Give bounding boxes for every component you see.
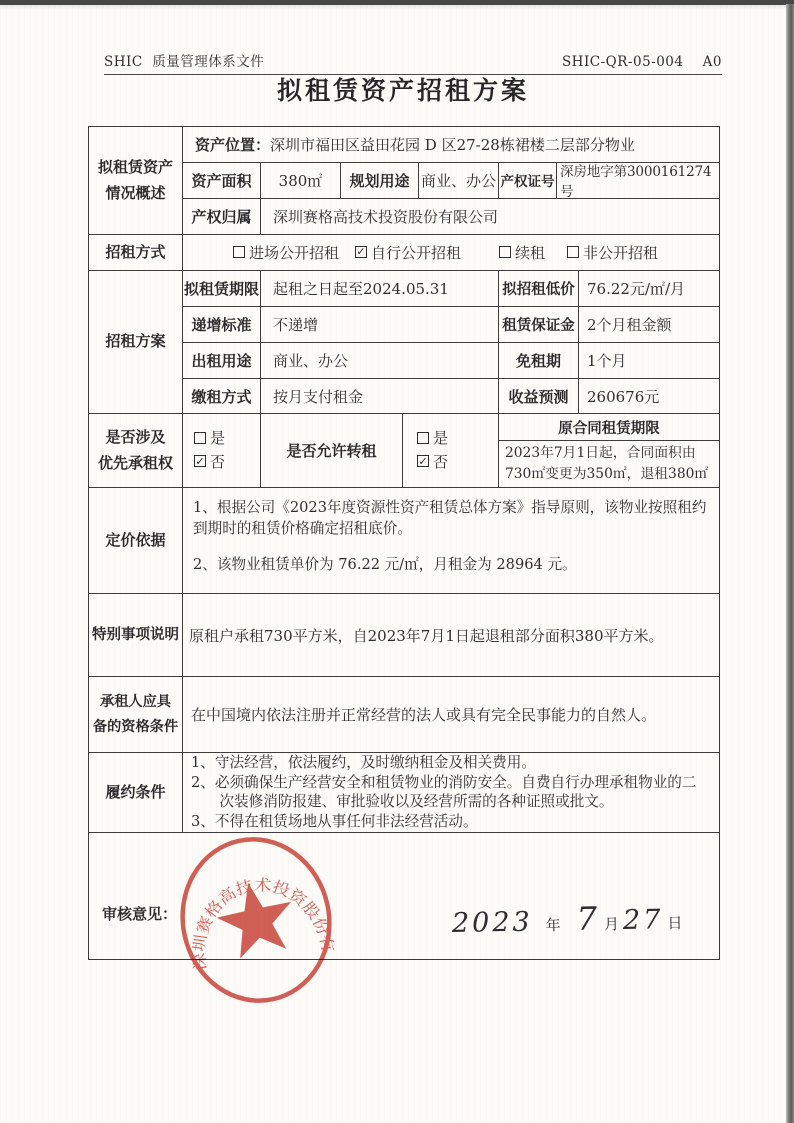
special-notes-content: 原租户承租730平方米，自2023年7月1日起退租部分面积380平方米。 [183, 594, 719, 676]
row-label-tenant-qualification: 承租人应具 备的资格条件 [89, 677, 183, 752]
header-left-text: SHIC 质量管理体系文件 [104, 50, 264, 70]
row-label-asset-overview: 拟租赁资产 情况概述 [89, 127, 183, 234]
date-day: 27 [623, 904, 664, 936]
property-cert-value: 深房地字第3000161274号 [557, 163, 719, 198]
section-performance-conditions: 履约条件 1、守法经营，依法履约，及时缴纳租金及相关费用。 2、必须确保生产经营… [89, 753, 719, 833]
original-contract-cell: 原合同租赁期限 2023年7月1日起，合同面积由730㎡变更为350㎡，退租38… [499, 414, 719, 487]
asset-location-label: 资产位置： [195, 134, 270, 155]
company-seal-stamp: 深圳赛格高技术投资股份有限公司 [176, 832, 336, 1008]
plan-row-payment: 缴租方式 按月支付租金 收益预测 260676元 [183, 379, 719, 413]
method-option-self-open: 自行公开招租 [355, 242, 461, 263]
plan-row-increase: 递增标准 不递增 租赁保证金 2个月租金额 [183, 307, 719, 343]
original-contract-term-header: 原合同租赁期限 [499, 414, 719, 441]
ownership-value: 深圳赛格高技术投资股份有限公司 [261, 199, 719, 235]
checkbox-checked-icon [194, 455, 206, 467]
row-label-leasing-method: 招租方式 [89, 235, 183, 270]
scan-edge-top [0, 0, 794, 5]
sublet-checkbox-group: 是 否 [403, 414, 499, 487]
checkbox-unchecked-icon [417, 432, 429, 444]
plan-row-term: 拟租赁期限 起租之日起至2024.05.31 拟招租低价 76.22元/㎡/月 [183, 271, 719, 307]
section-tenant-qualification: 承租人应具 备的资格条件 在中国境内依法注册并正常经营的法人或具有完全民事能力的… [89, 677, 719, 753]
date-month: 7 [576, 899, 600, 937]
checkbox-unchecked-icon [567, 246, 579, 258]
date-year: 2023 [452, 907, 533, 939]
row-label-pricing-basis: 定价依据 [89, 488, 183, 593]
checkbox-unchecked-icon [499, 246, 511, 258]
row-label-priority-right: 是否涉及 优先承租权 [89, 414, 183, 487]
section-pricing-basis: 定价依据 1、根据公司《2023年度资源性资产租赁总体方案》指导原则，该物业按照… [89, 488, 719, 594]
review-date: 2023 年 7 月 27 日 [452, 898, 683, 954]
tenant-qualification-content: 在中国境内依法注册并正常经营的法人或具有完全民事能力的自然人。 [183, 677, 719, 752]
method-option-renew: 续租 [499, 242, 545, 263]
scan-edge-right [786, 4, 794, 1123]
asset-area-label: 资产面积 [183, 163, 261, 198]
checkbox-checked-icon [417, 455, 429, 467]
sublet-question-label: 是否允许转租 [261, 414, 403, 487]
performance-conditions-content: 1、守法经营，依法履约，及时缴纳租金及相关费用。 2、必须确保生产经营安全和租赁… [183, 753, 719, 832]
performance-item-2: 2、必须确保生产经营安全和租赁物业的消防安全。自费自行办理承租物业的二次装修消防… [191, 773, 711, 812]
date-year-suffix: 年 [546, 914, 561, 935]
row-label-leasing-plan: 招租方案 [89, 271, 183, 413]
section-leasing-method: 招租方式 进场公开招租 自行公开招租 续租 [89, 235, 719, 271]
header-right-doc-number: SHIC-QR-05-004 A0 [562, 54, 722, 70]
scanned-document-page: SHIC 质量管理体系文件 SHIC-QR-05-004 A0 拟租赁资产招租方… [0, 0, 794, 1123]
plan-row-usage: 出租用途 商业、办公 免租期 1个月 [183, 343, 719, 379]
property-cert-label: 产权证号 [499, 163, 557, 198]
svg-text:深圳赛格高技术投资股份有限公司: 深圳赛格高技术投资股份有限公司 [148, 805, 337, 984]
page-title: 拟租赁资产招租方案 [88, 71, 718, 107]
row-label-special-notes: 特别事项说明 [89, 594, 183, 676]
checkbox-unchecked-icon [194, 432, 206, 444]
section-asset-overview: 拟租赁资产 情况概述 资产位置： 深圳市福田区益田花园 D 区27-28栋裙楼二… [89, 127, 719, 235]
performance-item-3: 3、不得在租赁场地从事任何非法经营活动。 [191, 812, 478, 831]
asset-area-value: 380㎡ [261, 163, 341, 198]
asset-location-value: 深圳市福田区益田花园 D 区27-28栋裙楼二层部分物业 [270, 134, 635, 155]
section-priority-right: 是否涉及 优先承租权 是 否 是否允许转租 是 否 原合同租赁期限 2023年7… [89, 414, 719, 488]
pricing-basis-item-2: 2、该物业租赁单价为 76.22 元/㎡，月租金为 28964 元。 [193, 554, 577, 575]
ownership-label: 产权归属 [183, 199, 261, 235]
checkbox-checked-icon [355, 246, 367, 258]
row-label-performance-conditions: 履约条件 [89, 753, 183, 832]
priority-checkbox-group: 是 否 [183, 414, 261, 487]
cell-asset-location: 资产位置： 深圳市福田区益田花园 D 区27-28栋裙楼二层部分物业 [183, 127, 719, 162]
section-leasing-plan: 招租方案 拟租赁期限 起租之日起至2024.05.31 拟招租低价 76.22元… [89, 271, 719, 414]
method-option-non-public: 非公开招租 [567, 242, 658, 263]
review-opinion-label: 审核意见： [102, 903, 177, 924]
seal-company-name: 深圳赛格高技术投资股份有限公司 [148, 805, 337, 984]
method-option-open-entry: 进场公开招租 [233, 242, 339, 263]
pricing-basis-item-1: 1、根据公司《2023年度资源性资产租赁总体方案》指导原则，该物业按照租约到期时… [193, 497, 709, 539]
date-month-suffix: 月 [604, 913, 619, 934]
checkbox-unchecked-icon [233, 246, 245, 258]
section-special-notes: 特别事项说明 原租户承租730平方米，自2023年7月1日起退租部分面积380平… [89, 594, 719, 677]
original-contract-term-content: 2023年7月1日起，合同面积由730㎡变更为350㎡，退租380㎡ [499, 441, 719, 487]
pricing-basis-content: 1、根据公司《2023年度资源性资产租赁总体方案》指导原则，该物业按照租约到期时… [183, 488, 719, 593]
planning-use-value: 商业、办公 [419, 163, 499, 198]
date-day-suffix: 日 [667, 912, 682, 933]
planning-use-label: 规划用途 [341, 163, 419, 198]
performance-item-1: 1、守法经营，依法履约，及时缴纳租金及相关费用。 [191, 753, 536, 772]
